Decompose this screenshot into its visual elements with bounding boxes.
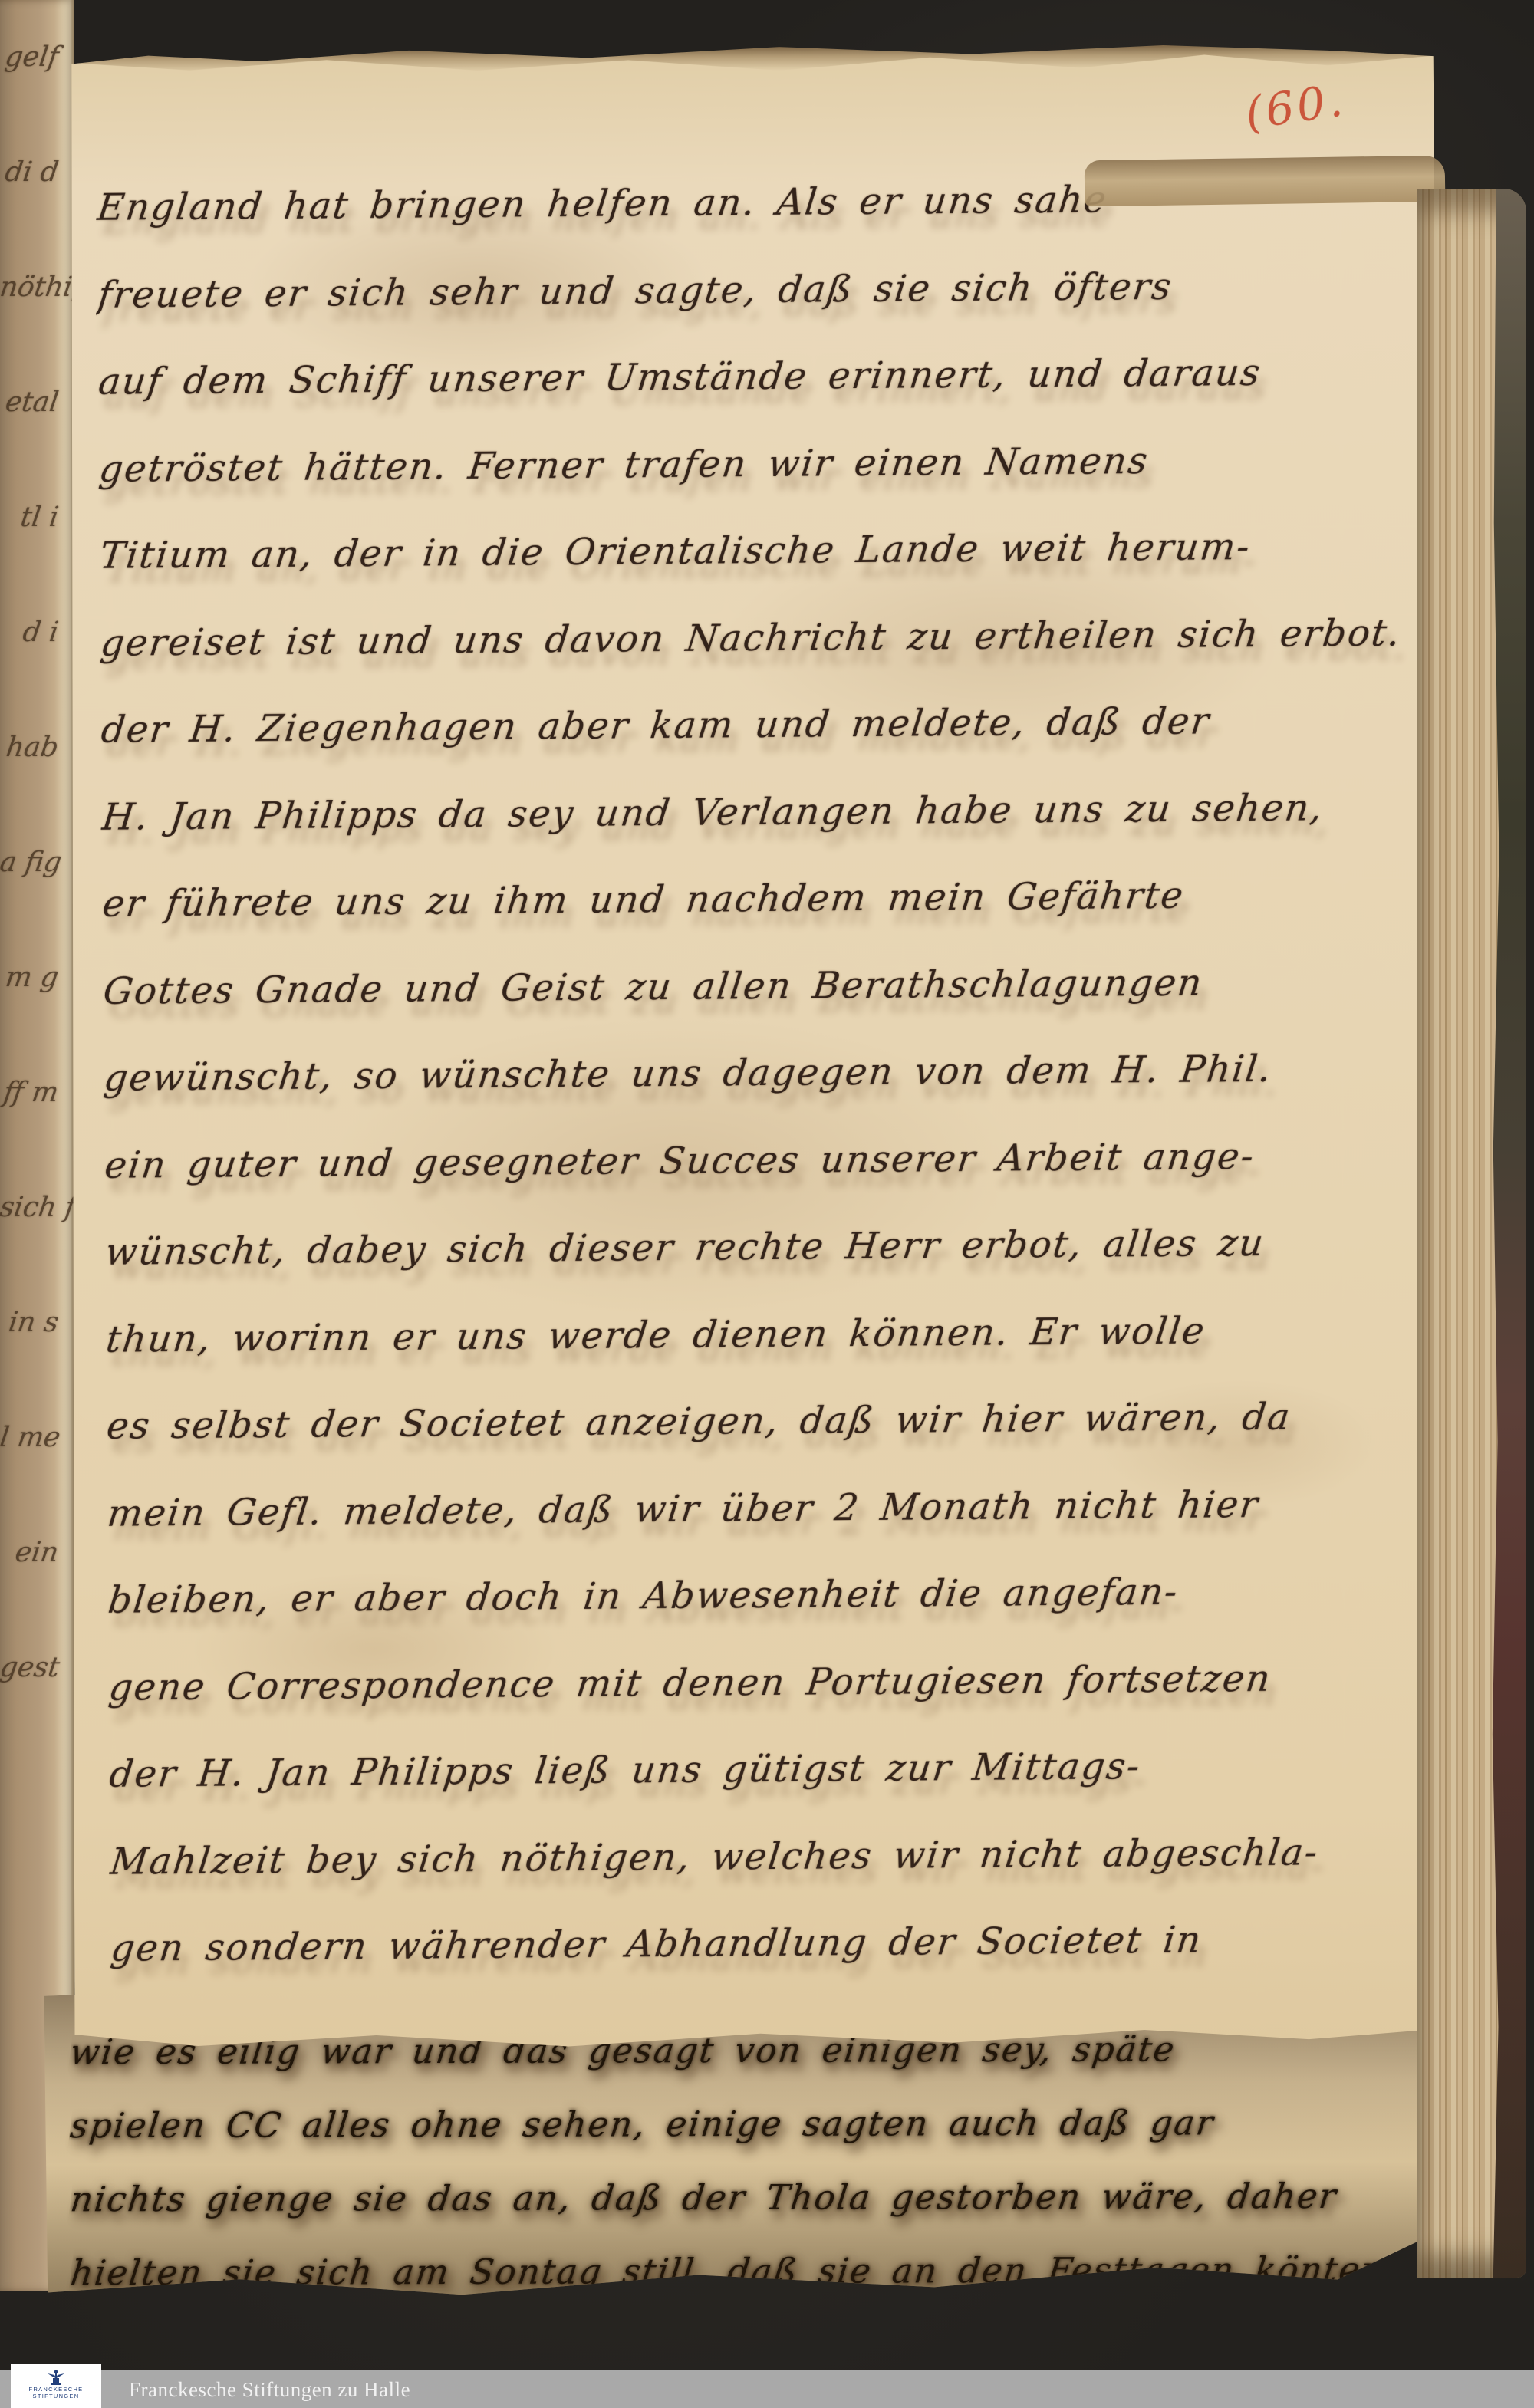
facing-page-text-fragment: in s bbox=[0, 1265, 74, 1380]
manuscript-line: thun, worinn er uns werde dienen können.… bbox=[101, 1286, 1418, 1383]
manuscript-line: nichts gienge sie das an, daß der Thola … bbox=[66, 2160, 1416, 2237]
facing-page-text-fragment: tl i bbox=[0, 460, 74, 575]
fragment-text-block: wie es eilig war und das gesagt von eini… bbox=[71, 2012, 1412, 2311]
manuscript-line: es selbst der Societet anzeigen, daß wir… bbox=[102, 1373, 1419, 1470]
manuscript-line: getröstet hätten. Ferner trafen wir eine… bbox=[94, 416, 1411, 513]
francke-eagle-icon bbox=[46, 2367, 66, 2386]
footer-institution-name: Franckesche Stiftungen zu Halle bbox=[129, 2370, 410, 2408]
manuscript-line: gen sondern währender Abhandlung der Soc… bbox=[106, 1895, 1423, 1992]
facing-page-text-fragment: a fig bbox=[0, 805, 74, 920]
manuscript-scan: gelfdi dnöthigetaltl id ihaba figm gff m… bbox=[0, 0, 1534, 2408]
manuscript-line: Titium an, der in die Orientalische Land… bbox=[95, 502, 1412, 600]
manuscript-line: er führete uns zu ihm und nachdem mein G… bbox=[98, 850, 1415, 948]
binding-edge bbox=[1490, 189, 1526, 2278]
facing-page-text-fragment: sich f bbox=[0, 1150, 74, 1265]
facing-page-text-fragment: gelf bbox=[0, 0, 74, 115]
book-fore-edge bbox=[1417, 189, 1526, 2278]
manuscript-line: spielen CC alles ohne sehen, einige sagt… bbox=[66, 2086, 1416, 2163]
logo-text-line2: STIFTUNGEN bbox=[33, 2393, 80, 2400]
franckesche-stiftungen-logo: FRANCKESCHE STIFTUNGEN bbox=[11, 2364, 101, 2408]
manuscript-text-block: England hat bringen helfen an. Als er un… bbox=[97, 154, 1419, 1992]
folio-number: (60. bbox=[1242, 74, 1348, 140]
manuscript-page: (60. England hat bringen helfen an. Als … bbox=[66, 40, 1446, 2051]
manuscript-line: Gottes Gnade und Geist zu allen Berathsc… bbox=[98, 938, 1415, 1035]
manuscript-line: Mahlzeit bey sich nöthigen, welches wir … bbox=[105, 1808, 1422, 1906]
facing-page-text-fragment: l me bbox=[0, 1380, 74, 1495]
page-top-corner-curl bbox=[1085, 156, 1446, 207]
footer-bar: Franckesche Stiftungen zu Halle bbox=[0, 2370, 1534, 2408]
page-top-edge bbox=[66, 40, 1437, 74]
manuscript-line: freuete er sich sehr und sagte, daß sie … bbox=[93, 242, 1410, 339]
manuscript-line: der H. Ziegenhagen aber kam und meldete,… bbox=[97, 676, 1414, 774]
facing-page-text-fragment: nöthig bbox=[0, 230, 74, 345]
manuscript-line: gene Correspondence mit denen Portugiese… bbox=[104, 1634, 1421, 1732]
facing-page-text-fragment: hab bbox=[0, 690, 74, 805]
manuscript-line: gewünscht, so wünschte uns dagegen von d… bbox=[99, 1025, 1416, 1122]
manuscript-line: mein Gefl. meldete, daß wir über 2 Monat… bbox=[103, 1460, 1420, 1558]
facing-page-text-fragment: ff m bbox=[0, 1035, 74, 1150]
manuscript-line: H. Jan Philipps da sey und Verlangen hab… bbox=[97, 764, 1414, 861]
facing-page-text-fragment: m g bbox=[0, 920, 74, 1035]
facing-page-text-fragment: d i bbox=[0, 575, 74, 690]
facing-page-text-fragment: ein bbox=[0, 1495, 74, 1610]
facing-page-text-fragment: di d bbox=[0, 115, 74, 230]
manuscript-line: der H. Jan Philipps ließ uns gütigst zur… bbox=[104, 1721, 1421, 1818]
facing-page-edge: gelfdi dnöthigetaltl id ihaba figm gff m… bbox=[0, 0, 74, 2291]
logo-text-line1: FRANCKESCHE bbox=[29, 2386, 84, 2393]
manuscript-line: hielten sie sich am Sontag still, daß si… bbox=[67, 2233, 1417, 2311]
manuscript-line: gereiset ist und uns davon Nachricht zu … bbox=[96, 590, 1413, 687]
manuscript-line: auf dem Schiff unserer Umstände erinnert… bbox=[94, 328, 1411, 426]
manuscript-line: wünscht, dabey sich dieser rechte Herr e… bbox=[100, 1199, 1417, 1296]
facing-page-text-fragment: gest bbox=[0, 1610, 74, 1725]
manuscript-line: ein guter und gesegneter Succes unserer … bbox=[100, 1112, 1417, 1209]
facing-page-text-fragment: etal bbox=[0, 345, 74, 460]
manuscript-line: bleiben, er aber doch in Abwesenheit die… bbox=[104, 1547, 1420, 1644]
